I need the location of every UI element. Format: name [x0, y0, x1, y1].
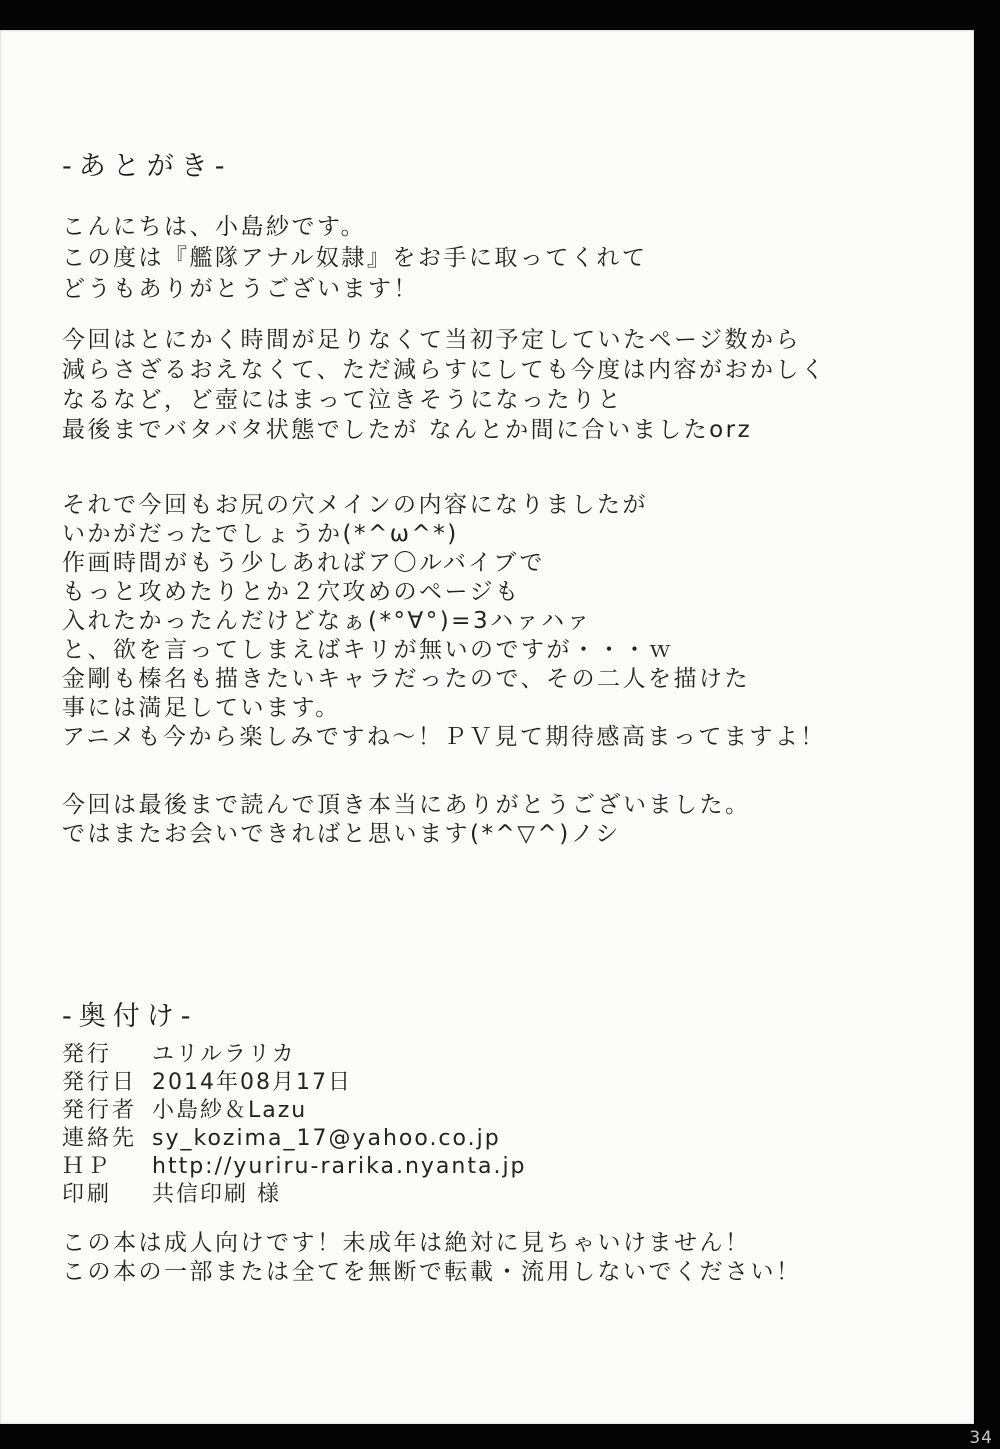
text-line: いかがだったでしょうか(*^ω^*) — [62, 520, 826, 549]
text-line: この度は『艦隊アナル奴隷』をお手に取ってくれて — [62, 243, 647, 274]
afterword-content-paragraph: それで今回もお尻の穴メインの内容になりましたが いかがだったでしょうか(*^ω^… — [62, 491, 826, 752]
entry-label: 発行日 — [62, 1069, 152, 1097]
text-line: 今回はとにかく時間が足りなくて当初予定していたページ数から — [62, 325, 827, 355]
text-line: アニメも今から楽しみですね～！ＰＶ見て期待感高まってますよ！ — [62, 723, 826, 752]
afterword-title: -あとがき- — [62, 144, 232, 183]
colophon-entry-printer: 印刷 共信印刷 様 — [62, 1181, 527, 1209]
entry-value: sy_kozima_17@yahoo.co.jp — [152, 1125, 501, 1153]
colophon-entry-homepage: ＨＰ http://yuriru-rarika.nyanta.jp — [62, 1153, 527, 1181]
text-line: と、欲を言ってしまえばキリが無いのですが・・・ｗ — [62, 636, 826, 665]
entry-label: 印刷 — [62, 1181, 152, 1209]
text-line: こんにちは、小島紗です。 — [62, 212, 647, 243]
entry-value: 2014年08月17日 — [152, 1069, 352, 1097]
text-line: 金剛も榛名も描きたいキャラだったので、その二人を描けた — [62, 665, 826, 694]
colophon-entry-contact: 連絡先 sy_kozima_17@yahoo.co.jp — [62, 1125, 527, 1153]
entry-value: 小島紗＆Lazu — [152, 1097, 307, 1125]
colophon-entries: 発行 ユリルラリカ 発行日 2014年08月17日 発行者 小島紗＆Lazu 連… — [62, 1041, 527, 1209]
colophon-entry-publish-date: 発行日 2014年08月17日 — [62, 1069, 527, 1097]
text-line: 最後までバタバタ状態でしたが なんとか間に合いましたorz — [62, 415, 827, 445]
text-line: ではまたお会いできればと思います(*^▽^)ノシ — [62, 820, 751, 849]
colophon-entry-publisher: 発行 ユリルラリカ — [62, 1041, 527, 1069]
adult-warning-line: この本は成人向けです！未成年は絶対に見ちゃいけません！ — [62, 1229, 802, 1258]
text-line: それで今回もお尻の穴メインの内容になりましたが — [62, 491, 826, 520]
text-line: なるなど，ど壺にはまって泣きそうになったりと — [62, 385, 827, 415]
entry-value: 共信印刷 様 — [152, 1181, 281, 1209]
text-line: どうもありがとうございます！ — [62, 274, 647, 305]
afterword-closing-paragraph: 今回は最後まで読んで頂き本当にありがとうございました。 ではまたお会いできればと… — [62, 791, 751, 849]
notice-lines: この本は成人向けです！未成年は絶対に見ちゃいけません！ この本の一部または全てを… — [62, 1229, 802, 1287]
colophon-entry-author: 発行者 小島紗＆Lazu — [62, 1097, 527, 1125]
text-line: 入れたかったんだけどなぁ(*°∀°)=3ハァハァ — [62, 607, 826, 636]
entry-label: ＨＰ — [62, 1153, 152, 1181]
scanned-doujinshi-page: -あとがき- こんにちは、小島紗です。 この度は『艦隊アナル奴隷』をお手に取って… — [0, 0, 1000, 1449]
entry-label: 連絡先 — [62, 1125, 152, 1153]
colophon-title: -奥付け- — [62, 994, 198, 1033]
text-line: 作画時間がもう少しあればア〇ルバイブで — [62, 549, 826, 578]
no-reproduction-line: この本の一部または全てを無断で転載・流用しないでください！ — [62, 1258, 802, 1287]
text-line: 減らさざるおえなくて、ただ減らすにしても今度は内容がおかしく — [62, 355, 827, 385]
entry-label: 発行者 — [62, 1097, 152, 1125]
text-line: 今回は最後まで読んで頂き本当にありがとうございました。 — [62, 791, 751, 820]
entry-label: 発行 — [62, 1041, 152, 1069]
entry-value: http://yuriru-rarika.nyanta.jp — [152, 1153, 527, 1181]
afterword-schedule-paragraph: 今回はとにかく時間が足りなくて当初予定していたページ数から 減らさざるおえなくて… — [62, 325, 827, 445]
entry-value: ユリルラリカ — [152, 1041, 296, 1069]
text-line: もっと攻めたりとか２穴攻めのページも — [62, 578, 826, 607]
text-line: 事には満足しています。 — [62, 694, 826, 723]
page-sheet: -あとがき- こんにちは、小島紗です。 この度は『艦隊アナル奴隷』をお手に取って… — [0, 30, 974, 1424]
afterword-greeting-paragraph: こんにちは、小島紗です。 この度は『艦隊アナル奴隷』をお手に取ってくれて どうも… — [62, 212, 647, 305]
page-number: 34 — [969, 1428, 993, 1448]
